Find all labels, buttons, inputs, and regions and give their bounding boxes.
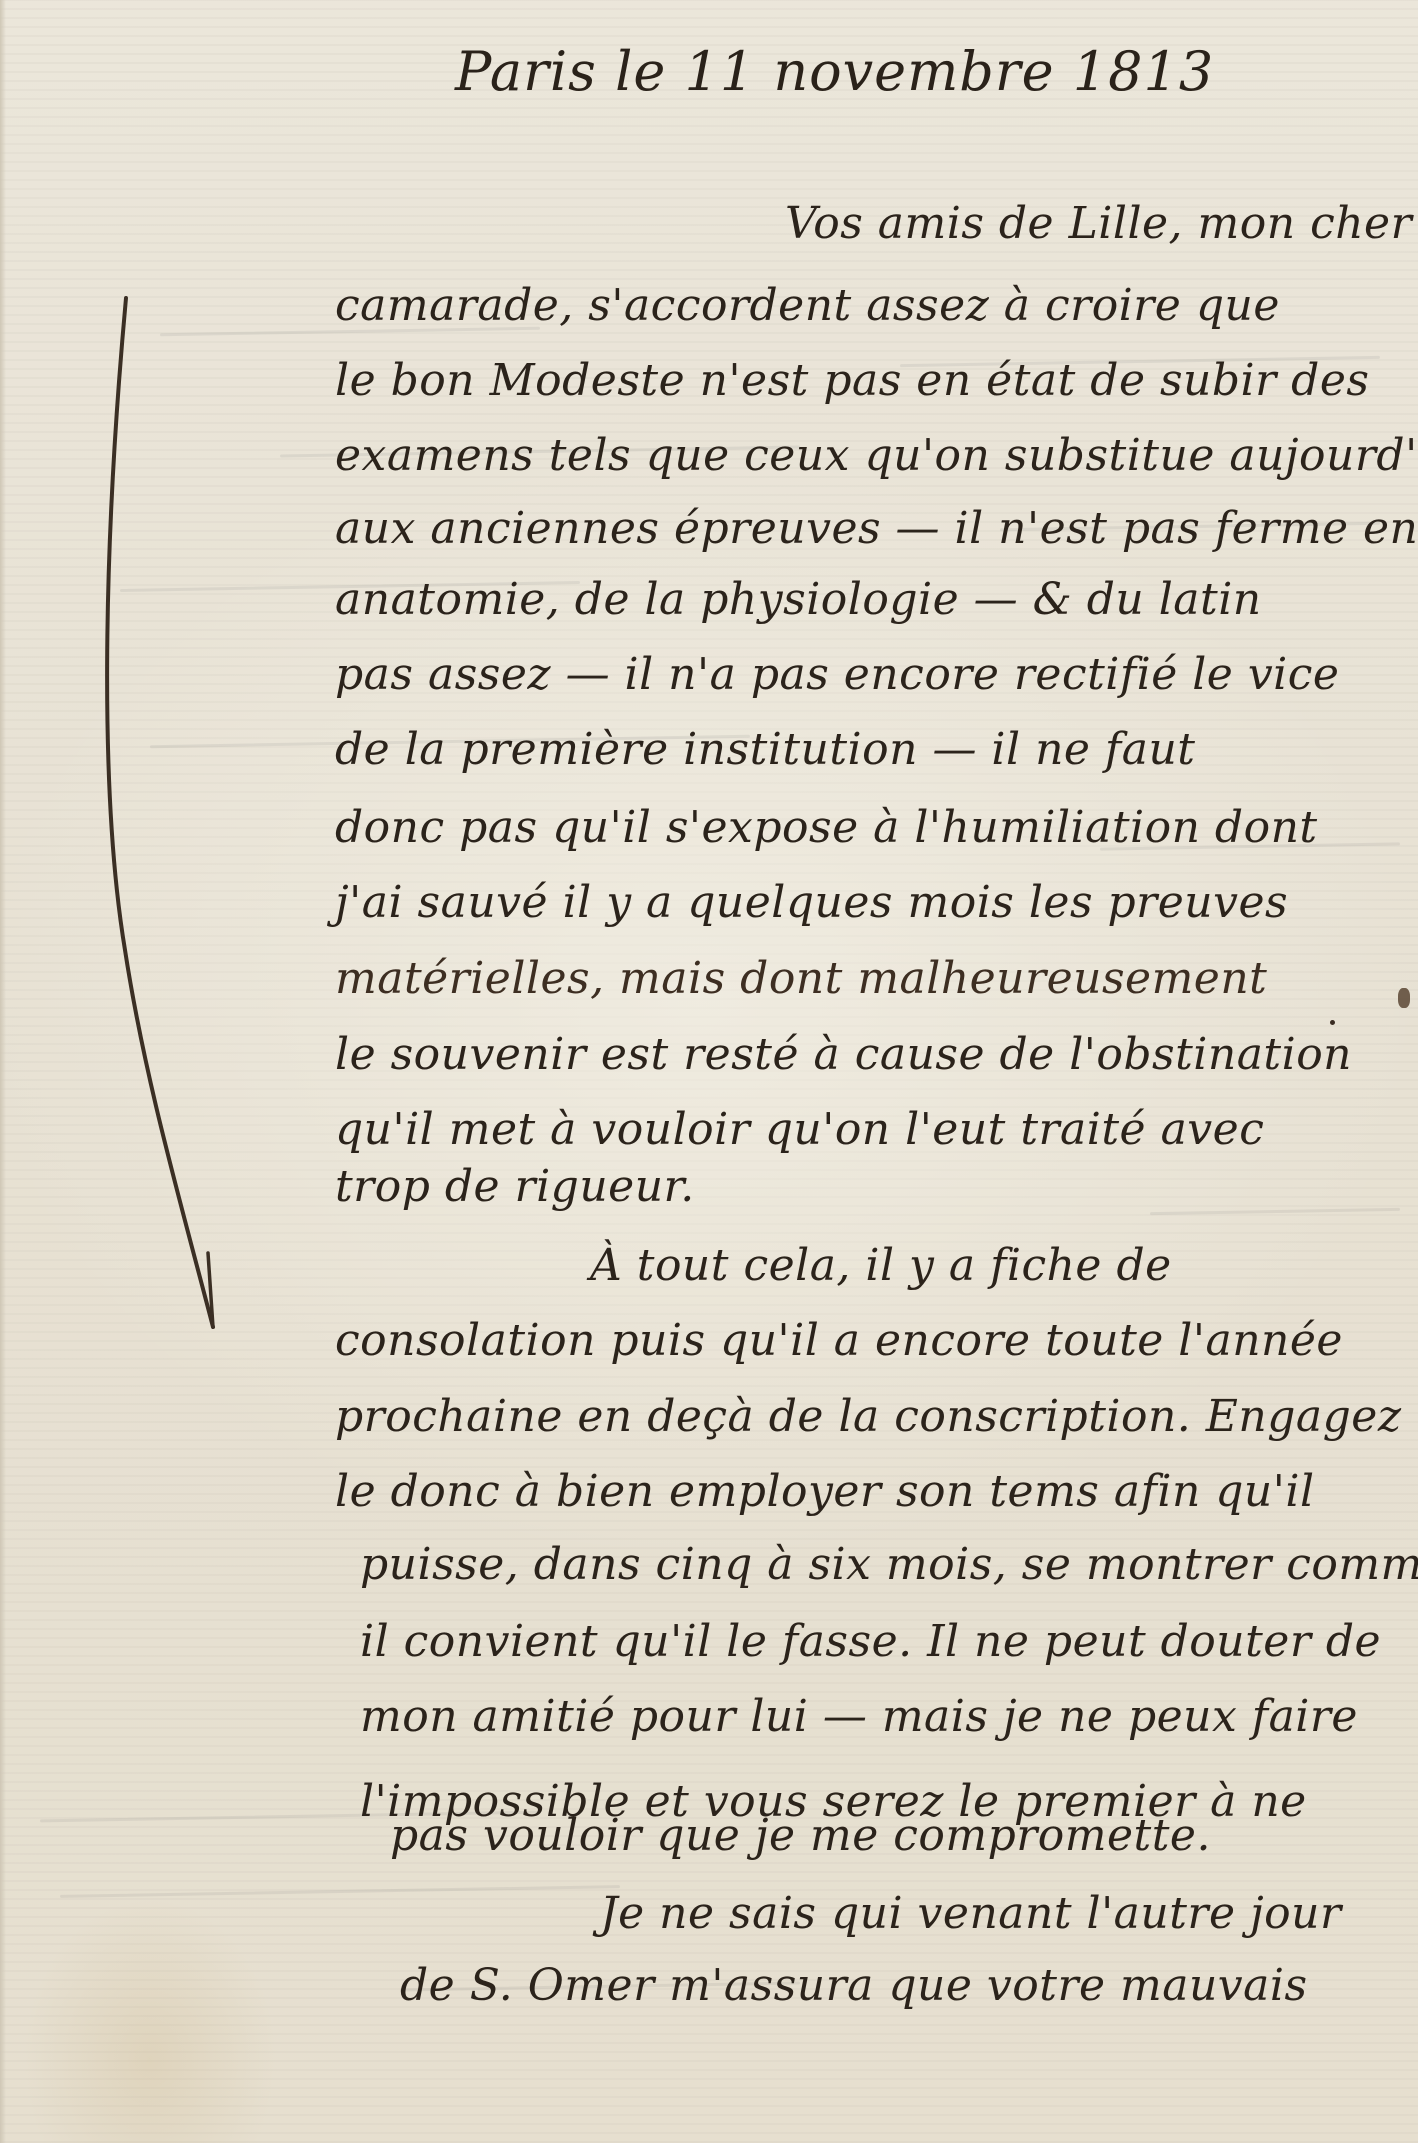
margin-arrow-icon: [0, 0, 1418, 2143]
ink-dot: [1330, 1020, 1335, 1025]
ink-blot: [1398, 988, 1410, 1008]
letter-page: Paris le 11 novembre 1813 Vos amis de Li…: [0, 0, 1418, 2143]
